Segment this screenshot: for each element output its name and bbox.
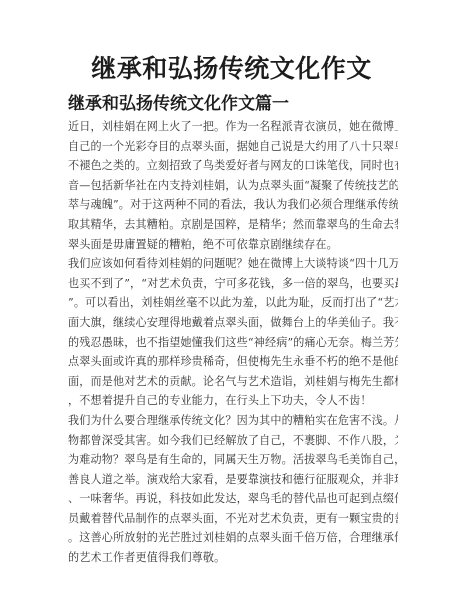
text-line: 我们应该如何看待刘桂娟的问题呢？她在微博上大谈特谈“四十几万人民币 <box>68 254 398 274</box>
text-line: 面，而是他对艺术的贡献。论名气与艺术造诣，刘桂娟与梅先生都相去甚远 <box>68 372 398 392</box>
text-line: 近日，刘桂娟在网上火了一把。作为一名程派青衣演员，她在微博上炫出了 <box>68 117 398 137</box>
text-line: 物都曾深受其害。如今我们已经解放了自己，不裹脚、不作八股，为何还要 <box>68 431 398 451</box>
text-line: ，不想着提升自己的专业能力，在行头上下功夫，令人不齿！ <box>68 391 398 411</box>
text-line: 善良人道之举。演戏给大家看，是要靠演技和德行征服观众，并非珠光宝气 <box>68 470 398 490</box>
text-line: 音—包括新华社在内支持刘桂娟，认为点翠头面“凝聚了传统技艺的文化精 <box>68 176 398 196</box>
text-line: ”。可以看出，刘桂娟丝毫不以此为羞，以此为耻，反而打出了“艺术”这 <box>68 293 398 313</box>
document-body: 近日，刘桂娟在网上火了一把。作为一名程派青衣演员，她在微博上炫出了 自己的一个光… <box>68 117 398 568</box>
text-line: 面大旗，继续心安理得地戴着点翠头面，做舞台上的华美仙子。我不理解她 <box>68 313 398 333</box>
text-line: 也买不到了”，“对艺术负责，宁可多花钱，多一倍的翠鸟，也要买最好的 <box>68 274 398 294</box>
text-line: 为难动物？翠鸟是有生命的，同属天生万物。活拔翠鸟毛美饰自己，绝不是 <box>68 450 398 470</box>
text-line: 萃与魂魄”。对于这两种不同的看法，我认为我们必须合理继承传统文化， <box>68 195 398 215</box>
document-page: 继承和弘扬传统文化作文 继承和弘扬传统文化作文篇一 近日，刘桂娟在网上火了一把。… <box>0 0 463 600</box>
text-line: 我们为什么要合理继承传统文化？因为其中的糟粕实在危害不浅。从人到动 <box>68 411 398 431</box>
text-line: 点翠头面或许真的那样珍贵稀奇，但使梅先生永垂不朽的绝不是他的昂贵头 <box>68 352 398 372</box>
text-line: 不褪色之类的。立刻招致了鸟类爱好者与网友的口诛笔伐，同时也有部分声 <box>68 156 398 176</box>
text-line: 自己的一个光彩夺目的点翠头面，据她自己说是大约用了八十只翠鸟，且永 <box>68 137 398 157</box>
document-title: 继承和弘扬传统文化作文 <box>0 49 463 85</box>
text-line: 翠头面是毋庸置疑的糟粕，绝不可依靠京剧继续存在。 <box>68 235 398 255</box>
text-line: 员戴着替代品制作的点翠头面，不光对艺术负责，更有一颗宝贵的善良之心 <box>68 509 398 529</box>
text-line: 取其精华，去其糟粕。京剧是国粹，是精华；然而靠翠鸟的生命去装饰的点 <box>68 215 398 235</box>
section-heading: 继承和弘扬传统文化作文篇一 <box>68 89 289 114</box>
text-line: 、一味奢华。再说，科技如此发达，翠鸟毛的替代品也可起到点缀作用。演 <box>68 489 398 509</box>
text-line: 的残忍愚昧，也不指望她懂我们这些“神经病”的痛心无奈。梅兰芳先生的 <box>68 333 398 353</box>
text-line: 的艺术工作者更值得我们尊敬。 <box>68 548 398 568</box>
text-line: 。这善心所放射的光芒胜过刘桂娟的点翠头面千倍万倍，合理继承传统文化 <box>68 528 398 548</box>
